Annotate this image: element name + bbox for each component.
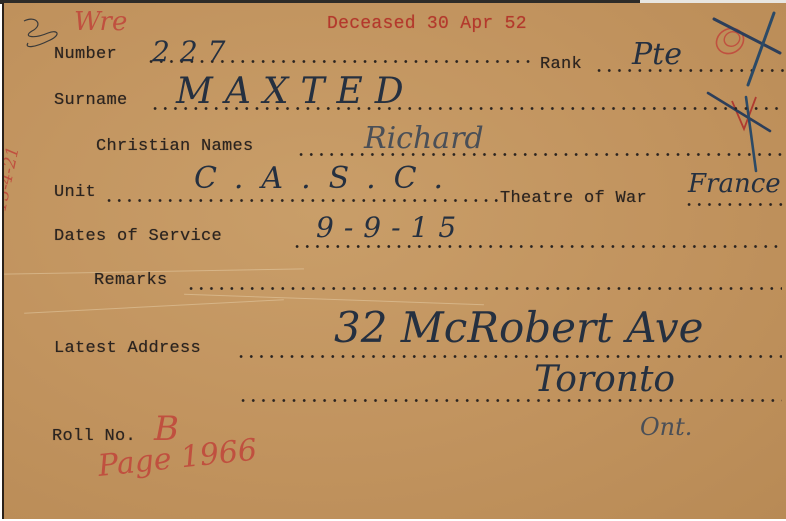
dates-dotted-line	[292, 245, 782, 248]
dates-of-service-label: Dates of Service	[54, 227, 222, 246]
margin-note-side: 13-4-21	[2, 145, 24, 213]
christian-names-value: Richard	[364, 121, 484, 156]
blue-cross-mark-2	[704, 89, 784, 179]
index-card: Deceased 30 Apr 52 Wre 13-4-21 Number 22…	[2, 3, 786, 519]
theatre-dotted-line	[684, 203, 784, 206]
blue-cross-mark	[710, 9, 786, 89]
address-line-1: 32 McRobert Ave	[334, 303, 704, 352]
roll-no-label: Roll No.	[52, 427, 136, 446]
address-dotted-line-1	[236, 355, 782, 358]
surname-label: Surname	[54, 91, 128, 110]
unit-dotted-line	[104, 199, 500, 202]
number-label: Number	[54, 45, 117, 64]
address-dotted-line-2	[238, 399, 782, 402]
dates-of-service-value: 9-9-15	[316, 211, 466, 244]
address-line-3: Ont.	[640, 413, 692, 441]
christian-names-label: Christian Names	[96, 137, 254, 156]
remarks-dotted-line	[186, 287, 782, 290]
remarks-label: Remarks	[94, 271, 168, 290]
margin-note-top: Wre	[74, 7, 127, 37]
unit-value: C.A.S.C.	[194, 161, 461, 196]
rank-value: Pte	[632, 37, 682, 72]
surname-value: MAXTED	[176, 71, 416, 112]
unit-label: Unit	[54, 183, 96, 202]
latest-address-label: Latest Address	[54, 339, 201, 358]
theatre-of-war-value: France	[688, 169, 781, 199]
deceased-stamp: Deceased 30 Apr 52	[327, 14, 527, 34]
theatre-of-war-label: Theatre of War	[500, 189, 647, 208]
rank-label: Rank	[540, 55, 582, 74]
paper-crease	[24, 299, 284, 314]
number-value: 227	[152, 35, 235, 68]
address-line-2: Toronto	[534, 359, 675, 400]
